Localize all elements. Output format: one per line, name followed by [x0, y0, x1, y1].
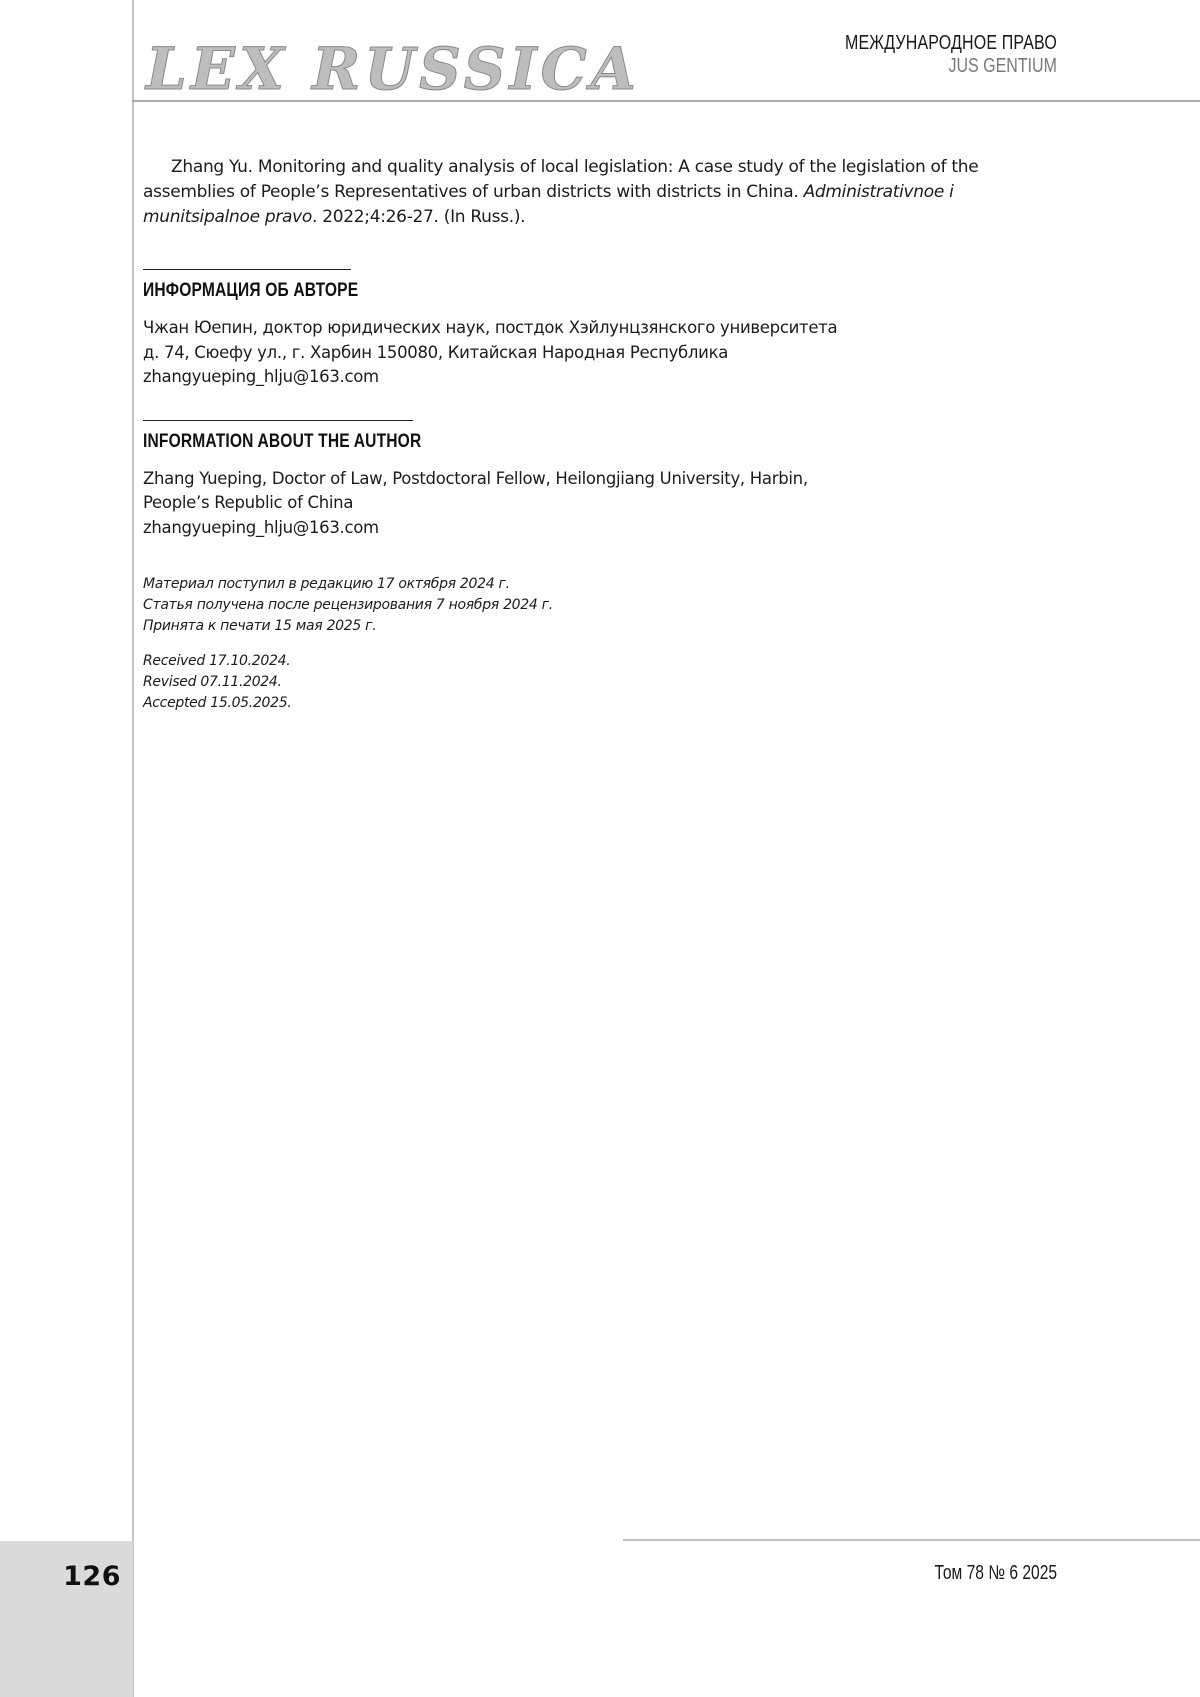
author-info-heading-en: INFORMATION ABOUT THE AUTHOR — [143, 431, 893, 453]
date-revised-ru: Статья получена после рецензирования 7 н… — [143, 595, 1058, 616]
date-received-ru: Материал поступил в редакцию 17 октября … — [143, 574, 1058, 595]
author-address-ru: д. 74, Сюефу ул., г. Харбин 150080, Кита… — [143, 341, 1058, 366]
author-email-en[interactable]: zhangyueping_hlju@163.com — [143, 516, 1058, 541]
journal-logo: LEX RUSSICA — [146, 40, 640, 98]
author-info-ru: Чжан Юепин, доктор юридических наук, пос… — [143, 316, 1058, 390]
date-accepted-en: Accepted 15.05.2025. — [143, 693, 1058, 714]
author-info-heading-ru: ИНФОРМАЦИЯ ОБ АВТОРЕ — [143, 280, 893, 302]
author-name-ru: Чжан Юепин, доктор юридических наук, пос… — [143, 316, 1058, 341]
date-revised-en: Revised 07.11.2024. — [143, 672, 1058, 693]
page-number: 126 — [63, 1561, 121, 1592]
author-name-en: Zhang Yueping, Doctor of Law, Postdoctor… — [143, 467, 1058, 492]
author-country-en: People’s Republic of China — [143, 491, 1058, 516]
reference-tail: . 2022;4:26-27. (In Russ.). — [312, 207, 525, 227]
header-rule — [132, 100, 1200, 102]
issue-info: Том 78 № 6 2025 — [934, 1562, 1057, 1585]
submission-dates-en: Received 17.10.2024. Revised 07.11.2024.… — [143, 651, 1058, 714]
left-margin-rule — [132, 0, 134, 1697]
author-info-en: Zhang Yueping, Doctor of Law, Postdoctor… — [143, 467, 1058, 541]
separator-rule — [143, 420, 413, 421]
reference-entry: Zhang Yu. Monitoring and quality analysi… — [143, 155, 1058, 230]
author-email-ru[interactable]: zhangyueping_hlju@163.com — [143, 365, 1058, 390]
separator-rule — [143, 269, 351, 270]
section-title: МЕЖДУНАРОДНОЕ ПРАВО JUS GENTIUM — [792, 32, 1057, 78]
date-accepted-ru: Принята к печати 15 мая 2025 г. — [143, 616, 1058, 637]
page-content: Zhang Yu. Monitoring and quality analysi… — [143, 155, 1058, 714]
section-title-ru: МЕЖДУНАРОДНОЕ ПРАВО — [845, 32, 1057, 55]
date-received-en: Received 17.10.2024. — [143, 651, 1058, 672]
page-number-tab: 126 — [0, 1541, 133, 1697]
submission-dates-ru: Материал поступил в редакцию 17 октября … — [143, 574, 1058, 637]
section-title-en: JUS GENTIUM — [845, 55, 1057, 78]
footer-rule — [623, 1539, 1200, 1541]
